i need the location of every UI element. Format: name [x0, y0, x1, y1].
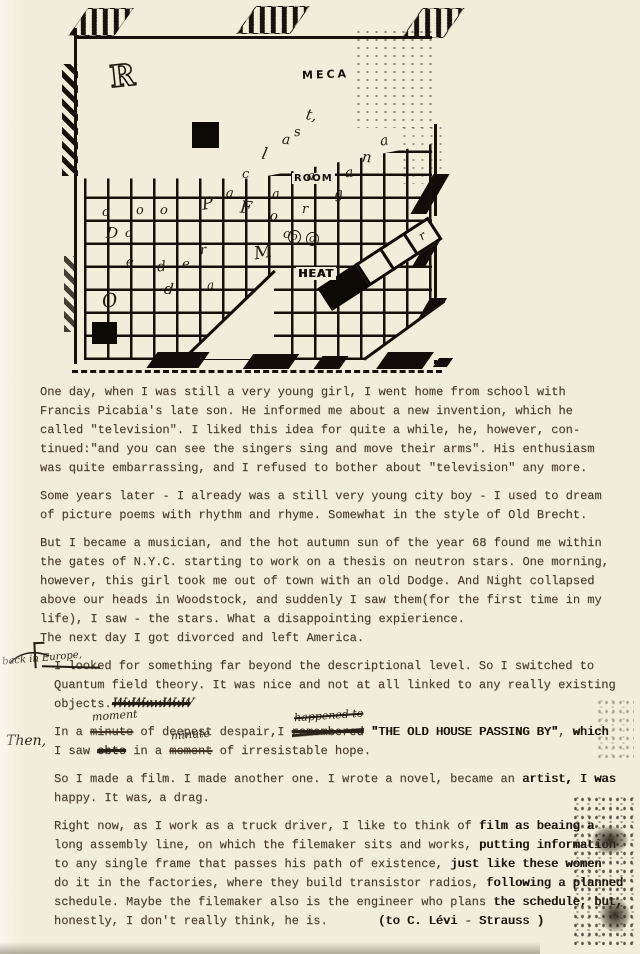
handwritten-letter: a — [345, 166, 354, 181]
typed-text: do it in the factories, where they build… — [54, 876, 486, 890]
scan-noise — [354, 28, 434, 128]
text-line: honestly, I don't really think, he is. (… — [54, 912, 625, 931]
page-edge-shadow — [0, 942, 540, 954]
handwritten-letter: l — [260, 146, 268, 163]
struck-word: minutemoment — [90, 723, 133, 742]
handwritten-letter: g — [333, 186, 344, 201]
typed-text: In a — [54, 725, 90, 739]
handwritten-insertion: moment — [92, 707, 138, 723]
typed-text: happy. It was — [54, 791, 148, 805]
collage-artwork: r MECA ROOM HEAT Rt,salanaacoooPaFargDoo… — [64, 6, 448, 378]
typed-text: above our heads in Woodstock, and sudden… — [40, 593, 602, 607]
typed-text: The next day I got divorced and left Ame… — [40, 631, 364, 645]
typed-text: Right now, as I work as a truck driver, … — [54, 819, 479, 833]
text-line: schedule. Maybe the filemaker also is th… — [54, 893, 625, 912]
typed-text: however, this girl took me out of town w… — [40, 574, 595, 588]
text-line: The next day I got divorced and left Ame… — [40, 629, 625, 648]
text-line: But I became a musician, and the hot aut… — [40, 534, 625, 553]
scan-smudge — [592, 826, 628, 854]
struck-word: rememberedhappened to — [292, 723, 364, 742]
handwritten-letter: o — [306, 232, 319, 246]
handwritten-letter: n — [361, 150, 372, 166]
typed-text: of picture poems with rhythm and rhyme. … — [40, 508, 587, 522]
scan-smudge — [600, 898, 630, 932]
text-line: Some years later - I already was a still… — [40, 487, 625, 506]
handwritten-letter: D — [105, 226, 118, 242]
typed-text: a drag. — [152, 791, 210, 805]
handwritten-letter: e — [182, 258, 190, 271]
typed-text: I looked for something far beyond the de… — [54, 659, 594, 673]
handwritten-letter: d — [163, 282, 174, 298]
handwritten-letter: s — [293, 126, 301, 140]
page-edge-light — [0, 0, 26, 954]
text-line: long assembly line, on which the filemak… — [54, 836, 625, 855]
scan-speckles — [596, 698, 634, 758]
typed-text: schedule. Maybe the filemaker also is th… — [54, 895, 493, 909]
handwritten-letter: d — [156, 260, 166, 275]
paragraph: One day, when I was still a very young g… — [40, 383, 625, 478]
text-line: I saw obto in a momentminute of irresist… — [54, 742, 625, 761]
handwritten-letter: a — [379, 133, 390, 148]
typed-text: honestly, I don't really think, he is. — [54, 914, 378, 928]
paragraph: In a minutemoment of deepest despair,I r… — [54, 723, 625, 761]
handwritten-letter: o — [288, 230, 301, 244]
handwritten-letter: F — [239, 200, 252, 218]
handwritten-letter: a — [207, 279, 215, 291]
typed-text: called "television". I liked this idea f… — [40, 423, 580, 437]
typed-text: But I became a musician, and the hot aut… — [40, 536, 602, 550]
paragraph: So I made a film. I made another one. I … — [54, 770, 625, 808]
typed-text: long assembly line, on which the filemak… — [54, 838, 479, 852]
text-line: of picture poems with rhythm and rhyme. … — [40, 506, 625, 525]
bold-text: artist, I was — [522, 772, 616, 786]
paragraph: Right now, as I work as a truck driver, … — [54, 817, 625, 931]
typed-text: , — [558, 725, 572, 739]
typed-text: of deepest despair,I — [133, 725, 291, 739]
handwritten-letter: a — [225, 187, 234, 201]
handwritten-letter: e — [126, 256, 135, 270]
handwritten-letter: c — [242, 168, 249, 181]
typed-text: One day, when I was still a very young g… — [40, 383, 625, 940]
typed-text: to any single frame that passes his path… — [54, 857, 450, 871]
typed-text: Some years later - I already was a still… — [40, 489, 602, 503]
text-line: I looked for something far beyond the de… — [54, 657, 625, 676]
handwritten-letter: P — [201, 195, 215, 213]
paragraph: Some years later - I already was a still… — [40, 487, 625, 525]
paragraph: But I became a musician, and the hot aut… — [40, 534, 625, 648]
text-line: life), I saw - the stars. What a disappo… — [40, 610, 625, 629]
typed-text: of irresistable hope. — [212, 744, 370, 758]
handwritten-letter: t, — [305, 107, 318, 124]
scanned-page: r MECA ROOM HEAT Rt,salanaacoooPaFargDoo… — [0, 0, 640, 954]
typed-text: life), I saw - the stars. What a disappo… — [40, 612, 465, 626]
paragraph: I looked for something far beyond the de… — [54, 657, 625, 714]
text-line: tinued:"and you can see the singers sing… — [40, 440, 625, 459]
typed-text: the gates of N.Y.C. starting to work on … — [40, 555, 609, 569]
struck-word: momentminute — [169, 742, 212, 761]
text-line: the gates of N.Y.C. starting to work on … — [40, 553, 625, 572]
handwritten-letter: o — [269, 210, 278, 224]
typed-text: Quantum field theory. It was nice and no… — [54, 678, 616, 692]
handwritten-letter: M — [253, 243, 274, 264]
handwritten-letter: r — [199, 244, 206, 257]
handwritten-letter: o — [160, 204, 169, 218]
text-line: So I made a film. I made another one. I … — [54, 770, 625, 789]
handwritten-letter: R — [109, 61, 137, 93]
handwritten-letter: o — [135, 204, 144, 218]
handwritten-letter: a — [306, 170, 315, 184]
typed-text: One day, when I was still a very young g… — [40, 385, 566, 399]
typed-text: Francis Picabia's late son. He informed … — [40, 404, 573, 418]
typed-text: was quite embarrassing, and I refused to… — [40, 461, 587, 475]
text-line: was quite embarrassing, and I refused to… — [40, 459, 625, 478]
typed-text — [364, 725, 371, 739]
handwritten-insertion: minute — [171, 727, 211, 743]
text-line: to any single frame that passes his path… — [54, 855, 625, 874]
text-line: do it in the factories, where they build… — [54, 874, 625, 893]
handwritten-letter: O — [101, 291, 119, 312]
typed-text: in a — [126, 744, 169, 758]
handwritten-letter: a — [271, 188, 280, 202]
struck-word: obto — [97, 744, 126, 758]
text-line: Francis Picabia's late son. He informed … — [40, 402, 625, 421]
handwritten-letter: o — [102, 206, 110, 219]
handwritten-letter: o — [125, 227, 132, 239]
text-line: called "television". I liked this idea f… — [40, 421, 625, 440]
text-line: Quantum field theory. It was nice and no… — [54, 676, 625, 695]
text-line: Right now, as I work as a truck driver, … — [54, 817, 625, 836]
bold-text: "THE OLD HOUSE PASSING BY" — [371, 725, 558, 739]
text-line: above our heads in Woodstock, and sudden… — [40, 591, 625, 610]
text-line: happy. It was, a drag. — [54, 789, 625, 808]
handwritten-letter: r — [302, 203, 308, 216]
bold-text: (to C. Lévi - Strauss ) — [378, 914, 544, 928]
typed-text: tinued:"and you can see the singers sing… — [40, 442, 595, 456]
typed-text: So I made a film. I made another one. I … — [54, 772, 522, 786]
text-line: however, this girl took me out of town w… — [40, 572, 625, 591]
text-line: One day, when I was still a very young g… — [40, 383, 625, 402]
scan-noise — [400, 124, 444, 184]
handwritten-letter: a — [281, 133, 291, 148]
text-line: In a minutemoment of deepest despair,I r… — [54, 723, 625, 742]
typed-text: I saw — [54, 744, 97, 758]
